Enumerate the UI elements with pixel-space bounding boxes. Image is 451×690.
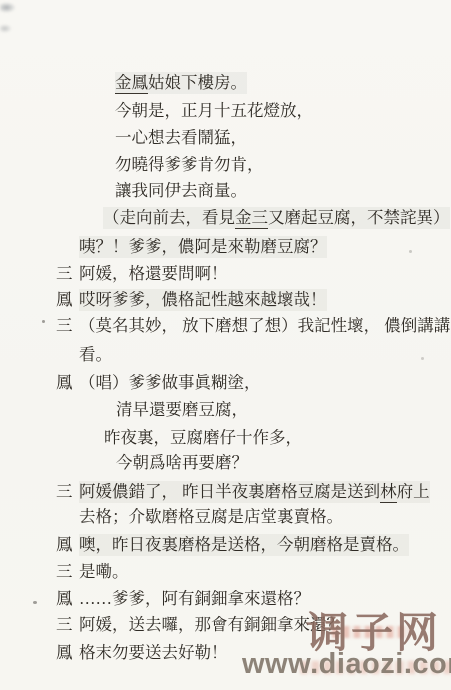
line-text: 清早還要磨豆腐，	[116, 399, 248, 421]
line-text: 阿媛，格還要問啊！	[79, 263, 228, 285]
script-line: 三 （莫名其妙， 放下磨想了想）我記性壞， 儂倒講講	[0, 315, 451, 339]
script-line: 今朝是，正月十五花燈放，	[0, 100, 451, 124]
script-line: 清早還要磨豆腐，	[0, 399, 451, 423]
line-text: （唱）爹爹做事眞糊塗，	[79, 372, 261, 394]
proper-name-mark: 金鳳	[115, 73, 148, 94]
script-line: 鳳 （唱）爹爹做事眞糊塗，	[0, 372, 451, 396]
scan-artifact	[0, 2, 16, 13]
speaker-label: 鳳	[56, 642, 73, 664]
script-line: 看。	[0, 344, 451, 368]
line-text: ……爹爹，阿有銅鈿拿來還格？	[79, 588, 310, 610]
speaker-label: 鳳	[56, 588, 73, 610]
script-line: 金鳳姑娘下樓房。	[0, 72, 451, 96]
text-segment: 府上	[397, 482, 430, 501]
script-line: 讓我同伊去商量。	[0, 180, 451, 204]
book-page: 金鳳姑娘下樓房。 今朝是，正月十五花燈放， 一心想去看鬧猛， 勿曉得爹爹肯勿肯，…	[0, 0, 451, 690]
line-text: 阿媛，送去囉，那會有銅鈿拿來還？	[79, 614, 343, 636]
script-line: 去格；介歇磨格豆腐是店堂裏賣格。	[0, 506, 451, 530]
script-line: 鳳 哎呀爹爹，儂格記性越來越壞哉！	[0, 289, 451, 313]
speaker-label: 三	[56, 614, 73, 636]
line-text: 看。	[79, 344, 112, 366]
line-text: 讓我同伊去商量。	[115, 180, 247, 202]
line-text: 格末勿要送去好勒！	[79, 642, 228, 664]
script-line: 三 是嘞。	[0, 561, 451, 585]
line-text: 今朝爲啥再要磨？	[116, 452, 248, 474]
script-line: 一心想去看鬧猛，	[0, 127, 451, 151]
script-line: 勿曉得爹爹肯勿肯，	[0, 154, 451, 178]
script-line: 咦？！爹爹，儂阿是來勒磨豆腐？	[0, 236, 451, 260]
text-segment: 又磨起豆腐，不禁詫異）	[268, 208, 450, 227]
line-text: 是嘞。	[79, 561, 129, 583]
line-text: （莫名其妙， 放下磨想了想）我記性壞， 儂倒講講	[79, 315, 450, 337]
line-text: 一心想去看鬧猛，	[115, 127, 247, 149]
line-text: 咦？！爹爹，儂阿是來勒磨豆腐？	[79, 236, 327, 258]
speaker-label: 三	[56, 561, 73, 583]
line-text: 勿曉得爹爹肯勿肯，	[115, 154, 264, 176]
speaker-label: 三	[56, 315, 73, 337]
watermark-site-url: www.diaozi.com	[242, 650, 451, 679]
script-line: 今朝爲啥再要磨？	[0, 452, 451, 476]
speaker-label: 三	[56, 481, 73, 503]
script-line: 三 阿媛，格還要問啊！	[0, 263, 451, 287]
speaker-label: 鳳	[56, 534, 73, 556]
speaker-label: 三	[56, 263, 73, 285]
text-segment: （走向前去，看見	[103, 208, 235, 227]
line-text: 阿媛儂錯了， 昨日半夜裏磨格豆腐是送到林府上	[79, 481, 430, 503]
speaker-label: 鳳	[56, 289, 73, 311]
scan-artifact	[0, 24, 12, 33]
line-text: （走向前去，看見金三又磨起豆腐，不禁詫異）	[103, 207, 450, 229]
speaker-label: 鳳	[56, 372, 73, 394]
proper-name-mark: 林	[380, 482, 397, 503]
text-segment: 姑娘下樓房。	[148, 73, 247, 92]
line-text: 哎呀爹爹，儂格記性越來越壞哉！	[79, 289, 327, 311]
script-line: 鳳 噢，昨日夜裏磨格是送格，今朝磨格是賣格。	[0, 534, 451, 558]
line-text: 今朝是，正月十五花燈放，	[115, 100, 313, 122]
proper-name-mark: 金三	[235, 208, 268, 229]
line-text: 昨夜裏，豆腐磨仔十作多，	[104, 427, 302, 449]
line-text: 去格；介歇磨格豆腐是店堂裏賣格。	[79, 506, 343, 528]
line-text: 噢，昨日夜裏磨格是送格，今朝磨格是賣格。	[79, 534, 409, 556]
script-line: （走向前去，看見金三又磨起豆腐，不禁詫異）	[0, 207, 451, 231]
script-line: 昨夜裏，豆腐磨仔十作多，	[0, 427, 451, 451]
text-segment: 阿媛儂錯了， 昨日半夜裏磨格豆腐是送到	[79, 482, 380, 501]
script-line: 三 阿媛儂錯了， 昨日半夜裏磨格豆腐是送到林府上	[0, 481, 451, 505]
line-text: 金鳳姑娘下樓房。	[115, 72, 247, 94]
